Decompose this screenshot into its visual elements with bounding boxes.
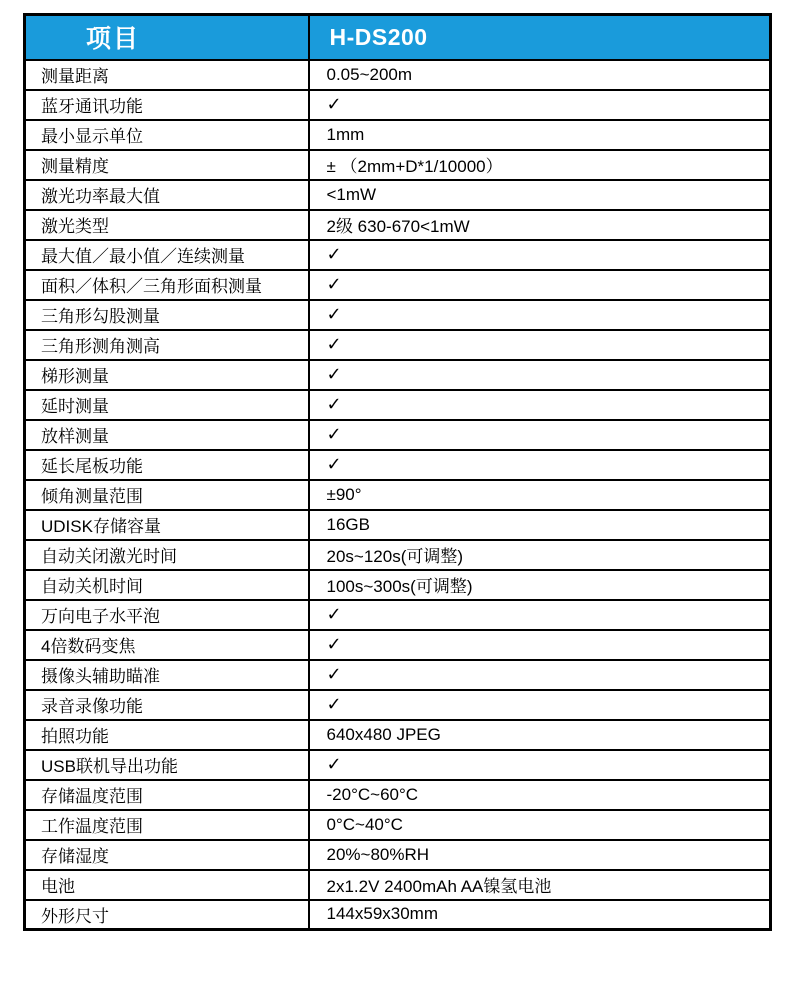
spec-label: 工作温度范围 [25, 810, 309, 840]
table-row: 延时测量✓ [25, 390, 771, 420]
table-row: UDISK存储容量16GB [25, 510, 771, 540]
table-row: 倾角测量范围±90° [25, 480, 771, 510]
table-row: 录音录像功能✓ [25, 690, 771, 720]
table-row: 激光功率最大值<1mW [25, 180, 771, 210]
spec-sheet-page: 项目 H-DS200 测量距离0.05~200m蓝牙通讯功能✓最小显示单位1mm… [0, 0, 790, 996]
table-row: 工作温度范围0°C~40°C [25, 810, 771, 840]
header-item-column: 项目 [25, 15, 309, 60]
spec-label: 摄像头辅助瞄准 [25, 660, 309, 690]
spec-value: 1mm [309, 120, 771, 150]
table-row: 4倍数码变焦✓ [25, 630, 771, 660]
table-row: 延长尾板功能✓ [25, 450, 771, 480]
spec-value: 144x59x30mm [309, 900, 771, 930]
spec-label: 最大值／最小值／连续测量 [25, 240, 309, 270]
spec-value-checkmark-icon: ✓ [309, 450, 771, 480]
spec-label: 放样测量 [25, 420, 309, 450]
spec-value: 0.05~200m [309, 60, 771, 90]
spec-label: 激光类型 [25, 210, 309, 240]
table-row: 最小显示单位1mm [25, 120, 771, 150]
spec-label: 4倍数码变焦 [25, 630, 309, 660]
spec-label: 延长尾板功能 [25, 450, 309, 480]
spec-label: 万向电子水平泡 [25, 600, 309, 630]
table-row: 三角形勾股测量✓ [25, 300, 771, 330]
spec-value-checkmark-icon: ✓ [309, 330, 771, 360]
spec-label: 自动关机时间 [25, 570, 309, 600]
spec-value: -20°C~60°C [309, 780, 771, 810]
spec-label: USB联机导出功能 [25, 750, 309, 780]
spec-value: ± （2mm+D*1/10000） [309, 150, 771, 180]
table-row: 放样测量✓ [25, 420, 771, 450]
table-row: 外形尺寸144x59x30mm [25, 900, 771, 930]
spec-label: 三角形测角测高 [25, 330, 309, 360]
spec-label: 录音录像功能 [25, 690, 309, 720]
table-row: 蓝牙通讯功能✓ [25, 90, 771, 120]
spec-table-body: 测量距离0.05~200m蓝牙通讯功能✓最小显示单位1mm测量精度± （2mm+… [25, 60, 771, 930]
table-row: 测量距离0.05~200m [25, 60, 771, 90]
header-model-column: H-DS200 [309, 15, 771, 60]
spec-value-checkmark-icon: ✓ [309, 360, 771, 390]
spec-value: 100s~300s(可调整) [309, 570, 771, 600]
spec-label: 测量距离 [25, 60, 309, 90]
table-row: 摄像头辅助瞄准✓ [25, 660, 771, 690]
table-row: 三角形测角测高✓ [25, 330, 771, 360]
spec-value: 2x1.2V 2400mAh AA镍氢电池 [309, 870, 771, 900]
spec-value-checkmark-icon: ✓ [309, 240, 771, 270]
table-row: 电池2x1.2V 2400mAh AA镍氢电池 [25, 870, 771, 900]
table-row: 万向电子水平泡✓ [25, 600, 771, 630]
spec-value-checkmark-icon: ✓ [309, 600, 771, 630]
table-row: USB联机导出功能✓ [25, 750, 771, 780]
spec-value-checkmark-icon: ✓ [309, 90, 771, 120]
table-row: 梯形测量✓ [25, 360, 771, 390]
table-row: 存储湿度20%~80%RH [25, 840, 771, 870]
spec-label: 自动关闭激光时间 [25, 540, 309, 570]
spec-label: 倾角测量范围 [25, 480, 309, 510]
table-row: 面积／体积／三角形面积测量✓ [25, 270, 771, 300]
spec-label: 存储湿度 [25, 840, 309, 870]
spec-label: 电池 [25, 870, 309, 900]
spec-value: 0°C~40°C [309, 810, 771, 840]
spec-value-checkmark-icon: ✓ [309, 690, 771, 720]
table-row: 激光类型2级 630-670<1mW [25, 210, 771, 240]
spec-value-checkmark-icon: ✓ [309, 630, 771, 660]
spec-value-checkmark-icon: ✓ [309, 300, 771, 330]
spec-table: 项目 H-DS200 测量距离0.05~200m蓝牙通讯功能✓最小显示单位1mm… [23, 13, 772, 931]
spec-label: 延时测量 [25, 390, 309, 420]
spec-value: 16GB [309, 510, 771, 540]
spec-label: 面积／体积／三角形面积测量 [25, 270, 309, 300]
header-row: 项目 H-DS200 [25, 15, 771, 60]
spec-label: 三角形勾股测量 [25, 300, 309, 330]
table-row: 最大值／最小值／连续测量✓ [25, 240, 771, 270]
spec-value: <1mW [309, 180, 771, 210]
spec-label: 最小显示单位 [25, 120, 309, 150]
spec-value-checkmark-icon: ✓ [309, 420, 771, 450]
spec-label: 存储温度范围 [25, 780, 309, 810]
table-row: 自动关闭激光时间20s~120s(可调整) [25, 540, 771, 570]
spec-value: 20%~80%RH [309, 840, 771, 870]
table-row: 测量精度± （2mm+D*1/10000） [25, 150, 771, 180]
table-row: 拍照功能640x480 JPEG [25, 720, 771, 750]
spec-value: 20s~120s(可调整) [309, 540, 771, 570]
spec-value: 2级 630-670<1mW [309, 210, 771, 240]
spec-label: 蓝牙通讯功能 [25, 90, 309, 120]
spec-label: 激光功率最大值 [25, 180, 309, 210]
spec-value-checkmark-icon: ✓ [309, 660, 771, 690]
spec-value: 640x480 JPEG [309, 720, 771, 750]
spec-value-checkmark-icon: ✓ [309, 390, 771, 420]
spec-label: 外形尺寸 [25, 900, 309, 930]
table-row: 存储温度范围-20°C~60°C [25, 780, 771, 810]
spec-value-checkmark-icon: ✓ [309, 750, 771, 780]
spec-value: ±90° [309, 480, 771, 510]
spec-label: 测量精度 [25, 150, 309, 180]
spec-value-checkmark-icon: ✓ [309, 270, 771, 300]
table-row: 自动关机时间100s~300s(可调整) [25, 570, 771, 600]
spec-label: 拍照功能 [25, 720, 309, 750]
spec-label: 梯形测量 [25, 360, 309, 390]
spec-label: UDISK存储容量 [25, 510, 309, 540]
